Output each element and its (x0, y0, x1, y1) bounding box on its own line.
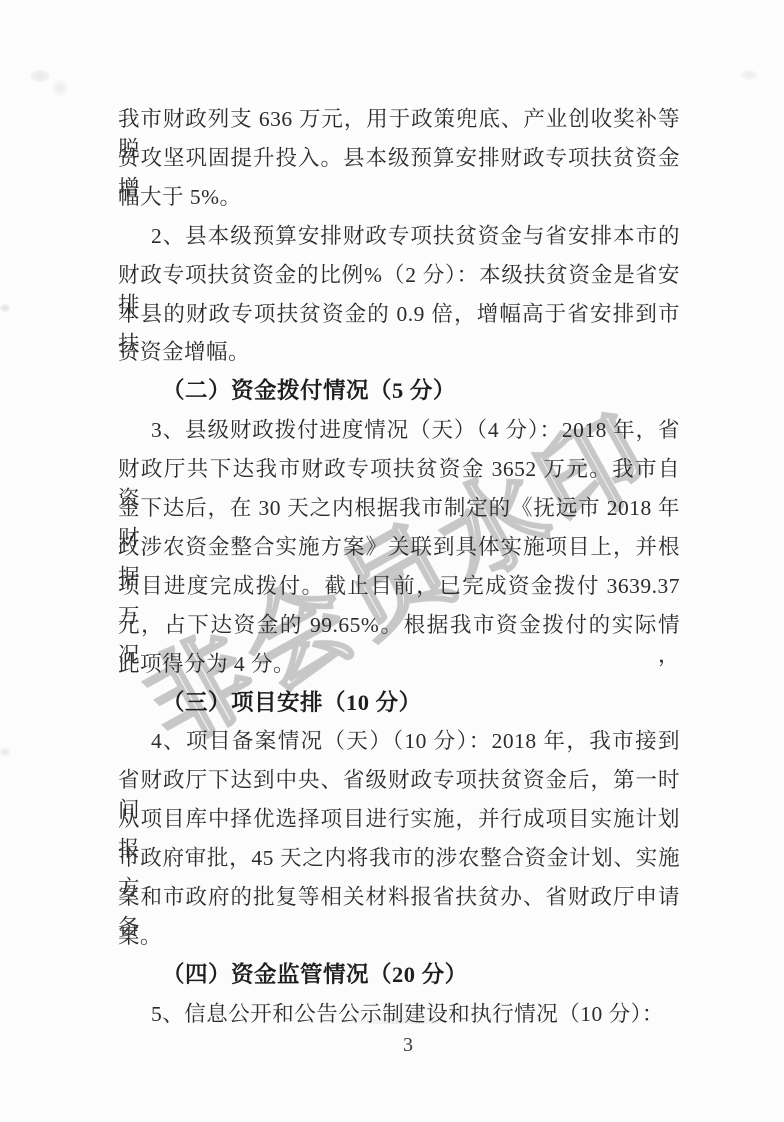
document-page: 非会员水印 我市财政列支 636 万元，用于政策兜底、产业创收奖补等脱贫攻坚巩固… (0, 0, 784, 1122)
text-line: 财政厅共下达我市财政专项扶贫资金 3652 万元。我市自资 (118, 454, 680, 493)
text-line: 省财政厅下达到中央、省级财政专项扶贫资金后，第一时间 (118, 765, 680, 804)
scan-smudge (740, 70, 758, 80)
text-line: （二）资金拨付情况（5 分） (118, 376, 680, 415)
text-line: 3、县级财政拨付进度情况（天）（4 分）：2018 年，省 (118, 415, 680, 454)
text-line: 项目进度完成拨付。截止目前，已完成资金拨付 3639.37 万 (118, 571, 680, 610)
scan-smudge (52, 80, 68, 96)
text-line: 我市财政列支 636 万元，用于政策兜底、产业创收奖补等脱 (118, 104, 680, 143)
scan-smudge (30, 70, 50, 82)
scan-smudge (0, 304, 10, 312)
text-line: 贫资金增幅。 (118, 337, 680, 376)
text-line: 案和市政府的批复等相关材料报省扶贫办、省财政厅申请备 (118, 882, 680, 921)
text-line: 2、县本级预算安排财政专项扶贫资金与省安排本市的 (118, 221, 680, 260)
text-line: 政涉农资金整合实施方案》关联到具体实施项目上，并根据 (118, 532, 680, 571)
text-line: （四）资金监管情况（20 分） (118, 960, 680, 999)
text-line: 幅大于 5%。 (118, 182, 680, 221)
text-line: 贫攻坚巩固提升投入。县本级预算安排财政专项扶贫资金增 (118, 143, 680, 182)
text-line: 4、项目备案情况（天）（10 分）：2018 年，我市接到 (118, 726, 680, 765)
text-line: 财政专项扶贫资金的比例%（2 分）：本级扶贫资金是省安排 (118, 260, 680, 299)
text-line: 本县的财政专项扶贫资金的 0.9 倍，增幅高于省安排到市扶 (118, 299, 680, 338)
text-line: 市政府审批，45 天之内将我市的涉农整合资金计划、实施方 (118, 843, 680, 882)
text-line: 5、信息公开和公告公示制建设和执行情况（10 分）： (118, 999, 680, 1038)
text-line: 元，占下达资金的 99.65%。根据我市资金拨付的实际情况， (118, 610, 680, 649)
text-line: 案。 (118, 921, 680, 960)
scan-smudge (0, 748, 10, 756)
text-line: 金下达后，在 30 天之内根据我市制定的《抚远市 2018 年财 (118, 493, 680, 532)
text-line: （三）项目安排（10 分） (118, 688, 680, 727)
text-line: 从项目库中择优选择项目进行实施，并行成项目实施计划报 (118, 804, 680, 843)
text-line: 此项得分为 4 分。 (118, 649, 680, 688)
page-number: 3 (380, 1034, 436, 1057)
